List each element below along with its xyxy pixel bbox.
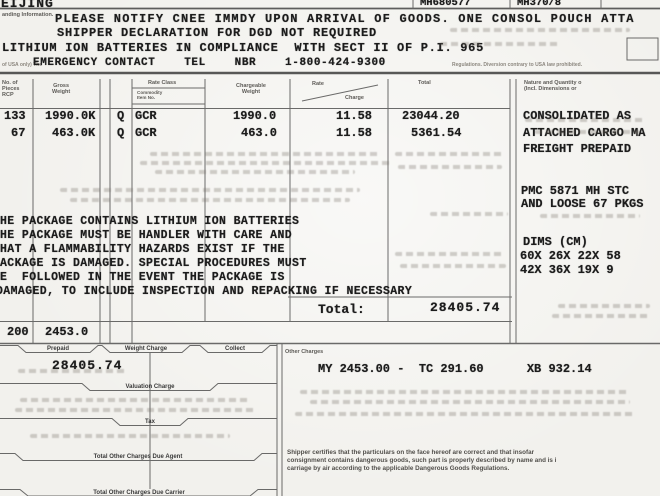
other-charges-value: MY 2453.00 - TC 291.60 XB 932.14 [318,362,592,376]
row1-gross: 1990.0K [45,109,95,123]
flight-number-1: MH680577 [420,0,470,9]
total-due-agent-tab: Total Other Charges Due Agent [94,454,183,460]
bleed-through-smudge [440,42,560,46]
row2-commodity: GCR [135,126,157,140]
notes-line-2: HE PACKAGE MUST BE HANDLER WITH CARE AND [0,229,292,244]
notes-line-3: HAT A FLAMMABILITY HAZARDS EXIST IF THE [0,243,285,258]
header-total: Total [418,80,431,86]
nature-dims-2: 42X 36X 19X 9 [520,263,614,277]
bleed-through-smudge [558,304,650,308]
row2-total: 5361.54 [411,126,461,140]
notes-line-1: HE PACKAGE CONTAINS LITHIUM ION BATTERIE… [0,215,299,230]
row2-rate: 11.58 [336,126,372,140]
bleed-through-smudge [540,214,640,218]
header-nature-quantity: Nature and Quantity o (Incl. Dimensions … [524,80,581,92]
bleed-through-smudge [295,412,635,416]
header-charge: Charge [345,95,364,101]
tax-tab: Tax [145,419,155,425]
bleed-through-smudge [300,390,630,394]
bleed-through-smudge [395,252,505,256]
row2-gross: 463.0K [52,126,95,140]
nature-dims-1: 60X 26X 22X 58 [520,249,621,263]
header-commodity: Commodity Item No. [137,90,162,100]
bleed-through-smudge [150,152,380,156]
header-rate-class: Rate Class [148,80,176,86]
bleed-through-smudge [430,212,508,216]
header-gross-weight: Gross Weight [52,83,70,95]
certification-line-1: Shipper certifies that the particulars o… [287,449,657,457]
prepaid-tab: Prepaid [47,346,69,352]
total-due-carrier-tab: Total Other Charges Due Carrier [93,490,185,496]
total-weight: 2453.0 [45,325,88,339]
certification-line-3: carriage by air according to the applica… [287,465,657,473]
bleed-through-smudge [535,130,640,134]
flight-number-2: MH370/8 [517,0,561,9]
bleed-through-smudge [140,161,390,165]
bleed-through-smudge [450,28,630,32]
nature-dims-label: DIMS (CM) [523,235,588,249]
notes-line-6: DAMAGED, TO INCLUDE INSPECTION AND REPAC… [0,285,412,300]
row2-rateclass-code: Q [117,126,124,140]
bleed-through-smudge [70,198,350,202]
bleed-through-smudge [398,165,502,169]
bleed-through-smudge [15,408,255,412]
total-label: Total: [318,302,365,317]
bleed-through-smudge [395,152,503,156]
nature-pmc-line: PMC 5871 MH STC [521,184,629,198]
total-pieces: 200 [7,325,29,339]
collect-tab: Collect [225,346,245,352]
bleed-through-smudge [155,170,355,174]
origin-city: EIJING [1,0,54,11]
header-rate: Rate [312,81,324,87]
notes-line-5: E FOLLOWED IN THE EVENT THE PACKAGE IS [0,271,285,286]
total-value: 28405.74 [430,300,500,315]
fine-print-right: Regulations. Diversion contrary to USA l… [452,62,582,68]
row1-total: 23044.20 [402,109,460,123]
bleed-through-smudge [18,369,128,373]
handling-information-label: anding Information. [2,12,53,18]
airwaybill-scan: EIJING MH680577 MH370/8 anding Informati… [0,0,660,496]
handling-line-3: LITHIUM ION BATTERIES IN COMPLIANCE WITH… [2,41,484,55]
header-chargeable-weight: Chargeable Weight [236,83,266,95]
row1-chargeable: 1990.0 [233,109,276,123]
certification-line-2: consignment contains dangerous goods, su… [287,457,657,465]
notes-line-4: ACKAGE IS DAMAGED. SPECIAL PROCEDURES MU… [0,257,307,272]
bleed-through-smudge [400,264,506,268]
other-charges-label: Other Charges [285,349,323,355]
bleed-through-smudge [30,434,230,438]
valuation-charge-tab: Valuation Charge [125,384,174,390]
bleed-through-smudge [60,188,360,192]
bleed-through-smudge [310,400,630,404]
emergency-contact-line: EMERGENCY CONTACT TEL NBR 1-800-424-9300 [33,57,386,69]
row2-chargeable: 463.0 [241,126,277,140]
nature-loose-line: AND LOOSE 67 PKGS [521,197,643,211]
handling-line-1: PLEASE NOTIFY CNEE IMMDY UPON ARRIVAL OF… [55,12,635,26]
weight-charge-tab: Weight Charge [125,346,167,352]
row1-commodity: GCR [135,109,157,123]
bleed-through-smudge [525,118,645,122]
nature-freight-prepaid: FREIGHT PREPAID [523,142,631,156]
row1-rate: 11.58 [336,109,372,123]
handling-line-2: SHIPPER DECLARATION FOR DGD NOT REQUIRED [57,26,377,40]
bleed-through-smudge [552,314,650,318]
row1-rateclass-code: Q [117,109,124,123]
bleed-through-smudge [20,398,250,402]
header-pieces: No. of Pieces RCP [2,80,32,99]
row1-pieces: 133 [4,109,26,123]
row2-pieces: 67 [11,126,25,140]
